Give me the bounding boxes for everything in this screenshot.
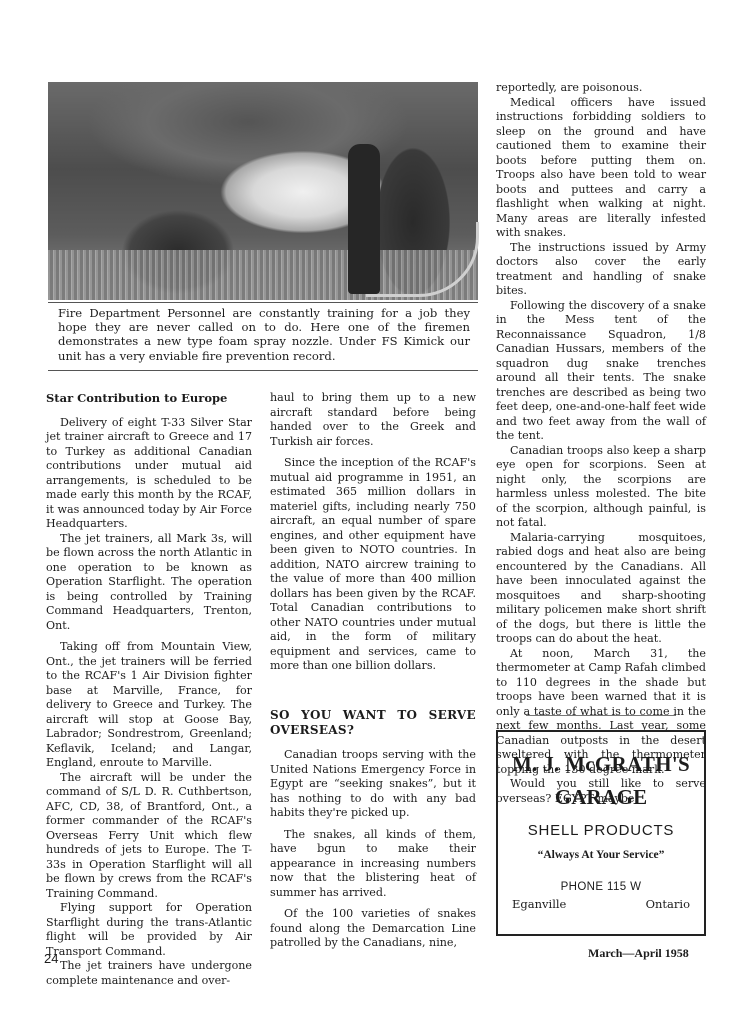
paragraph: The instructions issued by Army doctors … [496, 241, 706, 299]
column-2-article: SO YOU WANT TO SERVE OVERSEAS? Canadian … [270, 708, 476, 951]
paragraph: The jet trainers, all Mark 3s, will be f… [46, 532, 252, 634]
ad-slogan: “Always At Your Service” [498, 849, 704, 861]
issue-date: March—April 1958 [588, 946, 689, 961]
column-3: reportedly, are poisonous. Medical offic… [496, 81, 706, 806]
page-number: 24 [44, 951, 58, 966]
paragraph: Malaria-carrying mosquitoes, rabied dogs… [496, 531, 706, 647]
photo-caption: Fire Department Personnel are constantly… [58, 306, 470, 363]
paragraph: Flying support for Operation Starflight … [46, 901, 252, 959]
paragraph: The jet trainers have undergone complete… [46, 959, 252, 988]
column-1: Star Contribution to Europe Delivery of … [46, 391, 252, 988]
caption-bottom-rule [48, 370, 478, 371]
caption-top-rule [48, 302, 478, 303]
column-3-divider [526, 715, 676, 716]
paragraph: Following the discovery of a snake in th… [496, 299, 706, 444]
paragraph: haul to bring them up to a new aircraft … [270, 391, 476, 449]
paragraph: Canadian troops serving with the United … [270, 748, 476, 821]
fire-training-photo [48, 82, 478, 300]
column-2: haul to bring them up to a new aircraft … [270, 391, 476, 674]
paragraph: reportedly, are poisonous. [496, 81, 706, 96]
article-heading-serve-overseas: SO YOU WANT TO SERVE OVERSEAS? [270, 708, 476, 738]
ad-province: Ontario [646, 897, 690, 911]
paragraph: Medical officers have issued instruction… [496, 96, 706, 241]
ad-business-type: GARAGE [498, 785, 704, 810]
ad-town: Eganville [512, 897, 566, 911]
paragraph: The aircraft will be under the command o… [46, 771, 252, 902]
article-heading-star-contribution: Star Contribution to Europe [46, 391, 252, 406]
paragraph: Of the 100 varieties of snakes found alo… [270, 907, 476, 951]
mcgrath-garage-advertisement: M. J. McGRATH'S GARAGE SHELL PRODUCTS “A… [496, 730, 706, 936]
paragraph: Canadian troops also keep a sharp eye op… [496, 444, 706, 531]
paragraph: The snakes, all kinds of them, have bgun… [270, 828, 476, 901]
paragraph: Since the inception of the RCAF's mutual… [270, 456, 476, 674]
ad-location: Eganville Ontario [498, 897, 704, 911]
paragraph: Delivery of eight T-33 Silver Star jet t… [46, 416, 252, 532]
ad-phone: PHONE 115 W [498, 881, 704, 893]
ad-business-name: M. J. McGRATH'S [498, 752, 704, 777]
ad-products: SHELL PRODUCTS [498, 822, 704, 839]
paragraph: Taking off from Mountain View, Ont., the… [46, 640, 252, 771]
